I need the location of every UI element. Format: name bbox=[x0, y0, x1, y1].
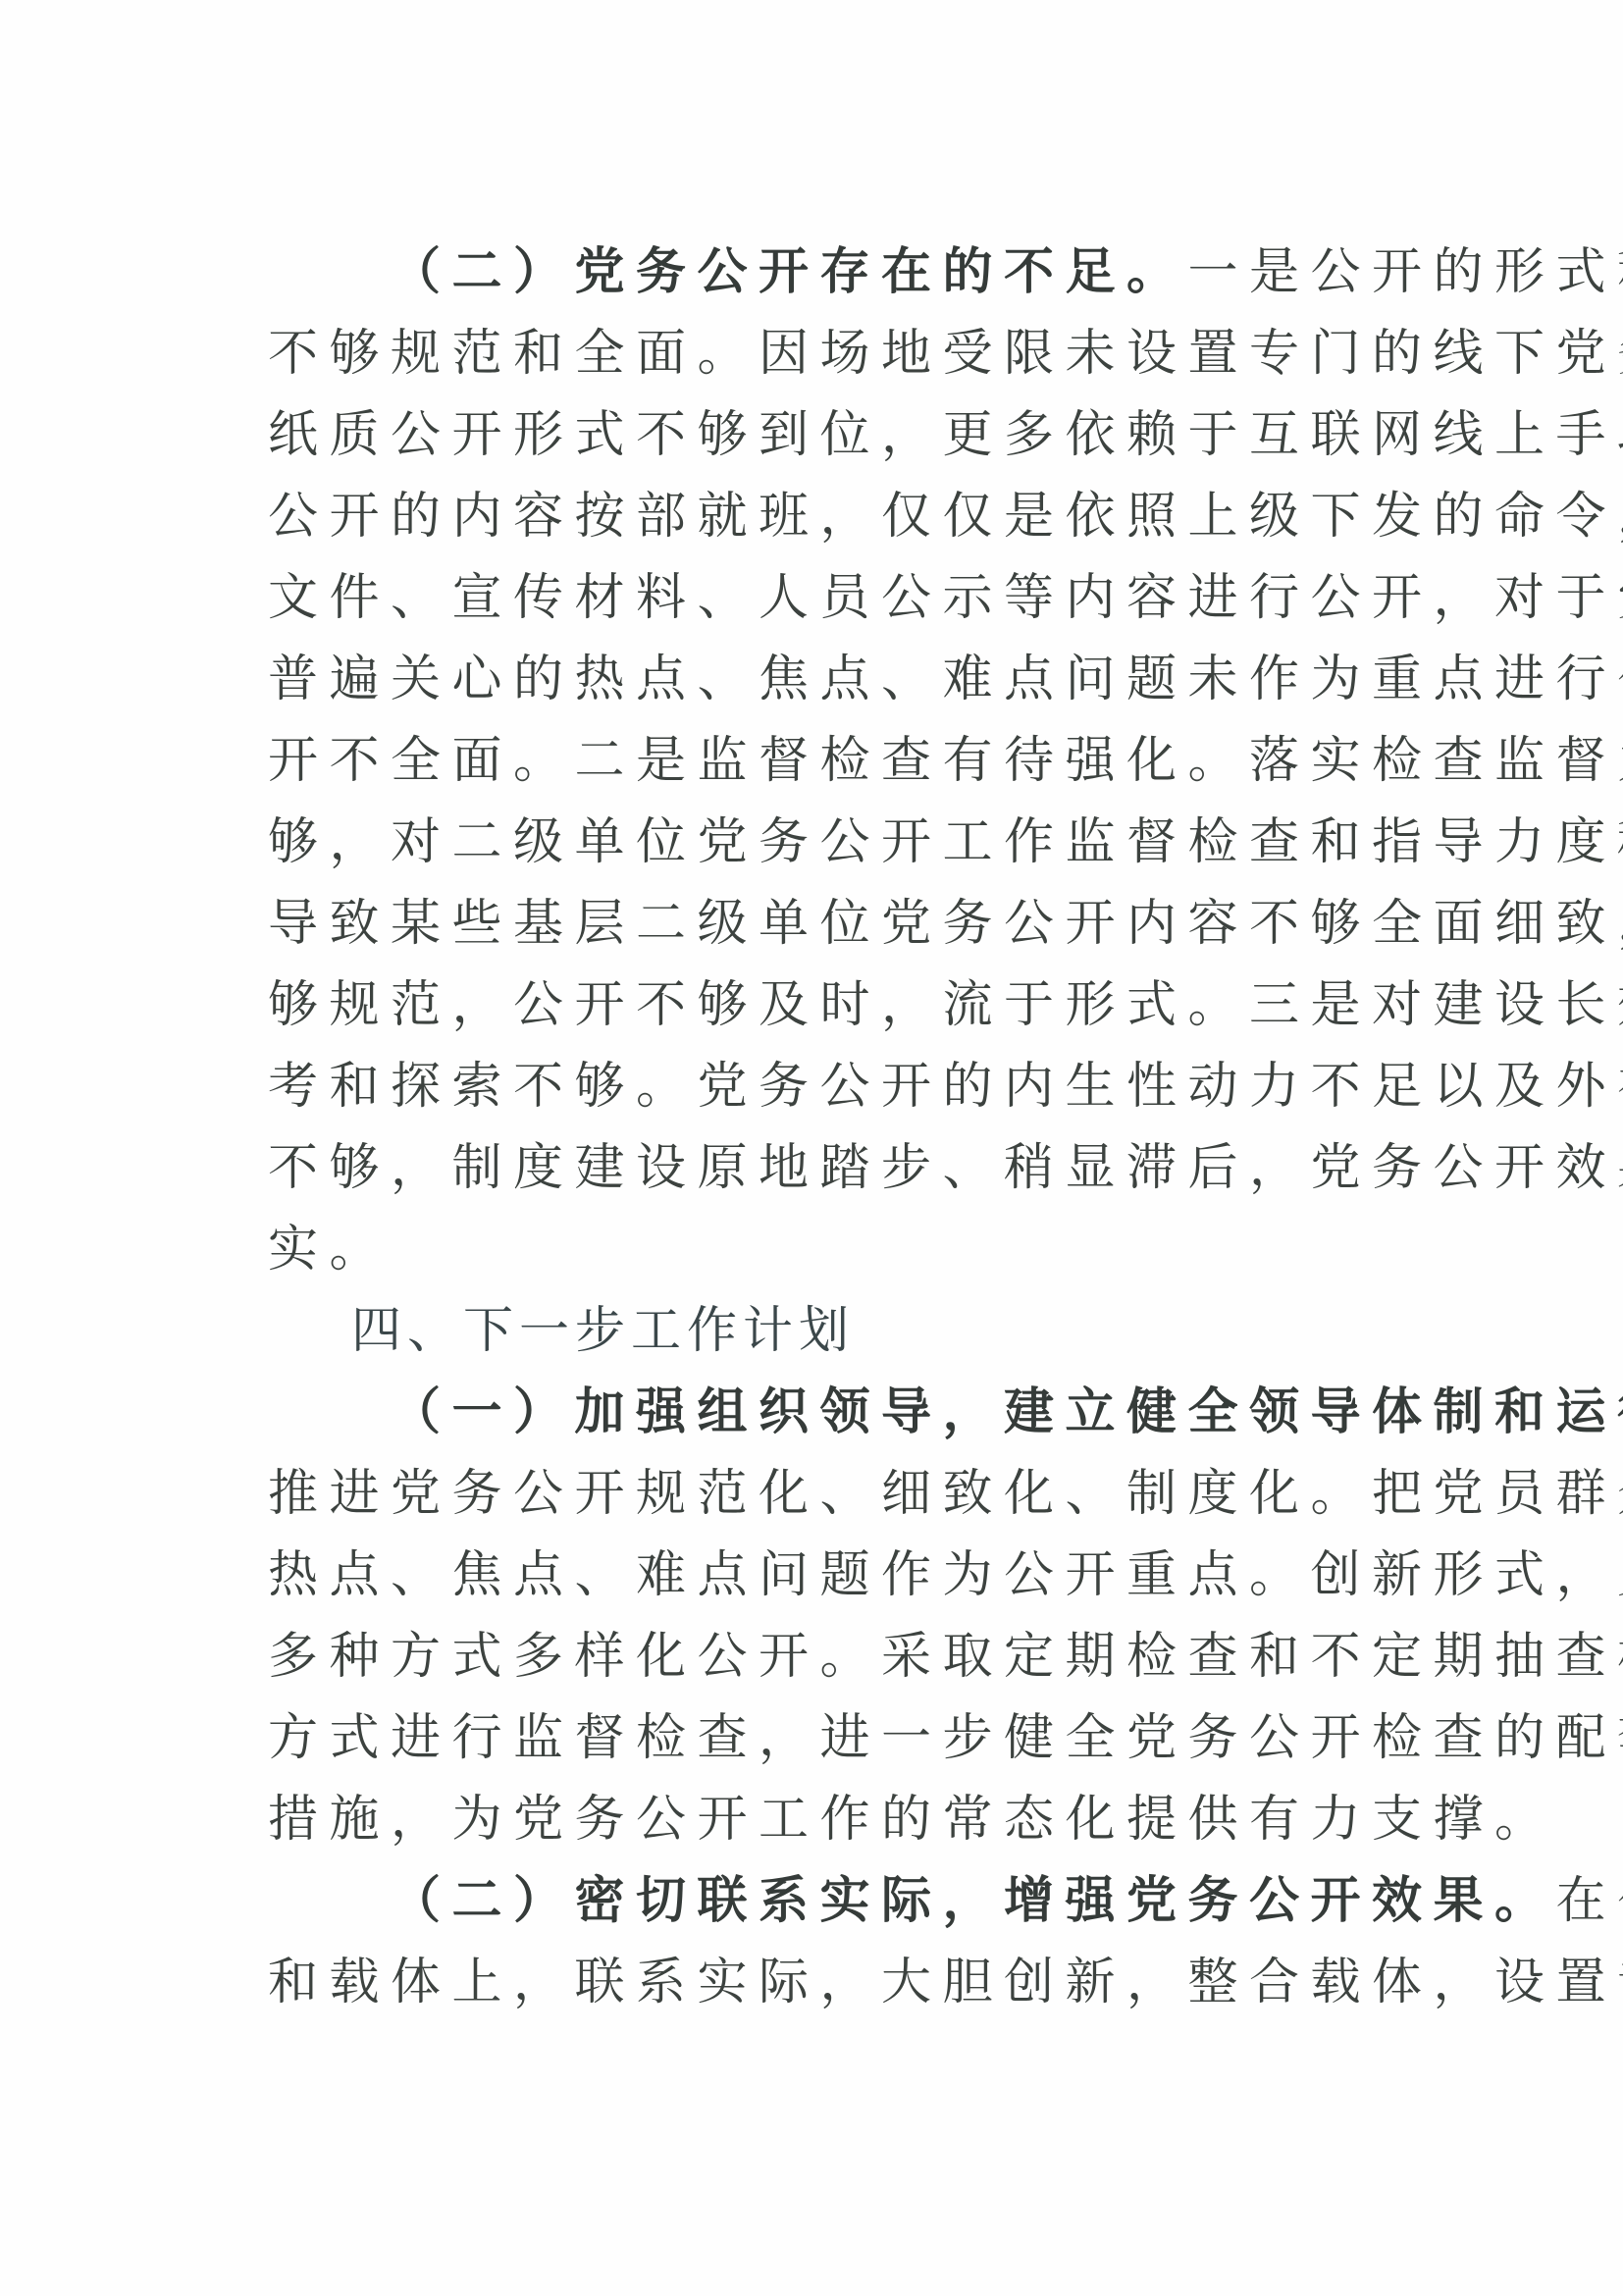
plan-1-subheading: （一）加强组织领导，建立健全领导体制和运行机制。 bbox=[391, 1383, 1623, 1441]
text-line: 够规范，公开不够及时，流于形式。三是对建设长效机制思 bbox=[268, 965, 1387, 1046]
text-line: 公开的内容按部就班，仅仅是依照上级下发的命令，对颁布 bbox=[268, 476, 1387, 557]
document-page: （二）党务公开存在的不足。一是公开的形式和内容还 不够规范和全面。因场地受限未设… bbox=[0, 0, 1623, 2296]
text-line: 多种方式多样化公开。采取定期检查和不定期抽查相结合的 bbox=[268, 1616, 1387, 1697]
plan-2-text: 在公开方式 bbox=[1556, 1872, 1623, 1930]
plan-2-subheading: （二）密切联系实际，增强党务公开效果。 bbox=[391, 1872, 1556, 1930]
text-line: 开不全面。二是监督检查有待强化。落实检查监督力度还不 bbox=[268, 720, 1387, 802]
text-line: 纸质公开形式不够到位，更多依赖于互联网线上手段来实现。 bbox=[268, 394, 1387, 476]
problems-subheading: （二）党务公开存在的不足。 bbox=[391, 243, 1188, 301]
text-line: 和载体上，联系实际，大胆创新，整合载体，设置专门或综 bbox=[268, 1942, 1387, 2023]
text-line: 热点、焦点、难点问题作为公开重点。创新形式，灵活运用 bbox=[268, 1535, 1387, 1616]
text-line: 方式进行监督检查，进一步健全党务公开检查的配套制度和 bbox=[268, 1697, 1387, 1779]
plan-2-first-line: （二）密切联系实际，增强党务公开效果。在公开方式 bbox=[268, 1860, 1387, 1942]
text-line: 实。 bbox=[268, 1209, 1387, 1290]
text-line: 考和探索不够。党务公开的内生性动力不足以及外在性约束 bbox=[268, 1046, 1387, 1127]
plan-1-subheading-line: （一）加强组织领导，建立健全领导体制和运行机制。 bbox=[268, 1372, 1387, 1453]
paragraph-problems-first-line: （二）党务公开存在的不足。一是公开的形式和内容还 bbox=[268, 232, 1387, 313]
document-body: （二）党务公开存在的不足。一是公开的形式和内容还 不够规范和全面。因场地受限未设… bbox=[268, 232, 1387, 2023]
text-line: 文件、宣传材料、人员公示等内容进行公开，对于党员群众 bbox=[268, 557, 1387, 639]
text-line: 普遍关心的热点、焦点、难点问题未作为重点进行公开或公 bbox=[268, 639, 1387, 720]
text-line: 导致某些基层二级单位党务公开内容不够全面细致，程序不 bbox=[268, 883, 1387, 965]
text-line: 够，对二级单位党务公开工作监督检查和指导力度稍显不足， bbox=[268, 802, 1387, 883]
text-line: 推进党务公开规范化、细致化、制度化。把党员群众关注的 bbox=[268, 1453, 1387, 1535]
text-line: 不够规范和全面。因场地受限未设置专门的线下党务公开栏， bbox=[268, 313, 1387, 394]
text-line: 措施，为党务公开工作的常态化提供有力支撑。 bbox=[268, 1779, 1387, 1860]
problems-text: 一是公开的形式和内容还 bbox=[1188, 243, 1623, 301]
text-line: 不够，制度建设原地踏步、稍显滞后，党务公开效果不够扎 bbox=[268, 1127, 1387, 1209]
section-heading-next-steps: 四、下一步工作计划 bbox=[268, 1290, 1387, 1372]
